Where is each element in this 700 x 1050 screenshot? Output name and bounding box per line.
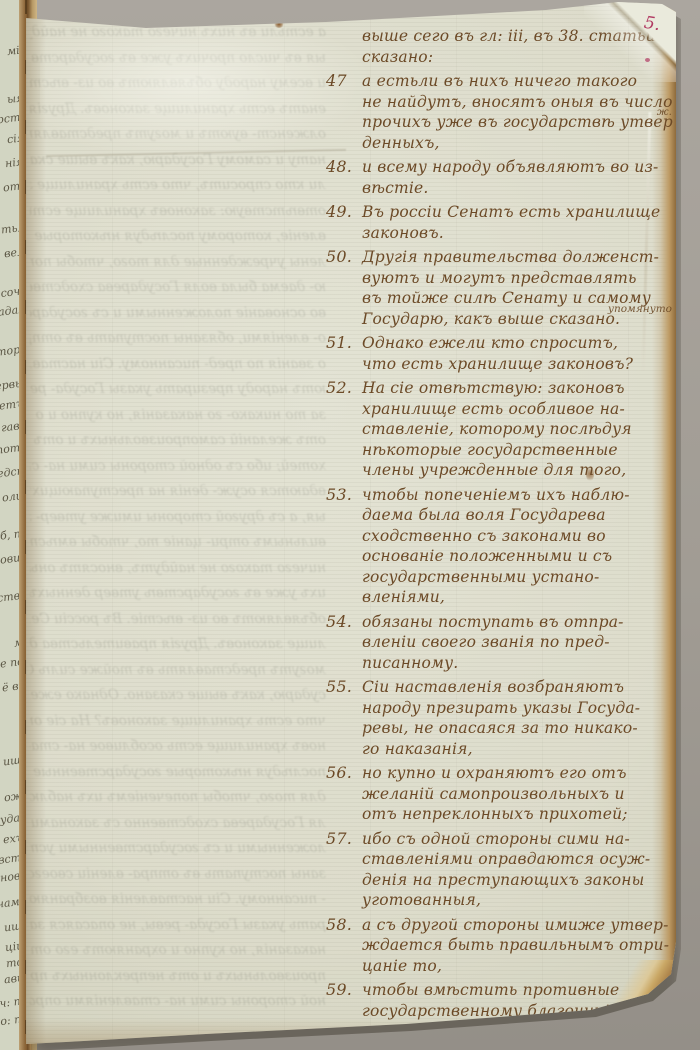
manuscript-line: вленіями,	[362, 587, 674, 608]
article-number: 47	[326, 71, 362, 153]
bleedthrough-line: ыя, а съ другой стороны имиже утвер- жда	[30, 505, 326, 531]
article-lines: На сіе отвѣтствую: законовъхранилище ест…	[362, 378, 674, 481]
manuscript-line: государственными устано-	[362, 567, 674, 588]
article-lines: ибо съ одной стороны сими на-ставленіями…	[362, 829, 674, 911]
bleedthrough-line: для того, чтобы попеченіемъ ихъ наблю-	[30, 785, 326, 811]
article-lines: и всему народу объявляютъ во из-вѣстіе.	[362, 157, 674, 198]
article: 52.На сіе отвѣтствую: законовъхранилище …	[326, 378, 674, 481]
manuscript-line: нѣкоторые государственные	[362, 440, 674, 461]
manuscript-line: отъ непреклонныхъ прихотей;	[362, 804, 674, 825]
article: 47а естьли въ нихъ ничего такогоне найду…	[326, 71, 674, 153]
bleedthrough-line: что есть хранилище законовъ? На сіе отв	[30, 709, 326, 735]
article: 51.Однако ежели кто спроситъ,что есть хр…	[326, 333, 674, 374]
manuscript-line: и всему народу объявляютъ во из-	[362, 157, 674, 178]
article-number: 52.	[326, 378, 362, 481]
bleedthrough-line: вленіе, которому послѣдуя нѣкоторые госу	[30, 224, 326, 250]
bleedthrough-line: хотей; ибо съ одной стороны сими на- ста	[30, 454, 326, 480]
bleedthrough-line: отвѣтствую: законовъ хранилище есть особ	[30, 199, 326, 225]
article-number: 51.	[326, 333, 362, 374]
ink-stain	[274, 20, 284, 28]
article: 56.но купно и охраняютъ его отъжеланій с…	[326, 763, 674, 825]
article-lines: но купно и охраняютъ его отъжеланій само…	[362, 763, 674, 825]
manuscript-line: чтобы попеченіемъ ихъ наблю-	[362, 485, 674, 506]
manuscript-line: не найдутъ, вносятъ оныя въ число	[362, 92, 674, 113]
manuscript-line: Сіи наставленія возбраняютъ	[362, 677, 674, 698]
article-number: 59.	[326, 980, 362, 1021]
bleedthrough-line: сударю, какъ выше сказано. Однако ежели	[30, 683, 326, 709]
manuscript-line: что есть хранилище законовъ?	[362, 354, 674, 375]
article-number: 50.	[326, 247, 362, 329]
bleedthrough-line: новъ хранилище есть особливое на- ставле	[30, 734, 326, 760]
article-lines: чтобы попеченіемъ ихъ наблю-даема была в…	[362, 485, 674, 608]
manuscript-line: члены учрежденные для того,	[362, 460, 674, 481]
manuscript-line: хранилище есть особливое на-	[362, 399, 674, 420]
manuscript-line: Въ россіи Сенатъ есть хранилище	[362, 202, 674, 223]
manuscript-line: ставленіе, которому послѣдуя	[362, 419, 674, 440]
manuscript-line: ревы, не опасаяся за то никако-	[362, 718, 674, 739]
manuscript-line: писанному.	[362, 653, 674, 674]
bleedthrough-line: лены учрежденные для того, чтобы попечен	[30, 250, 326, 276]
article-lines: обязаны поступать въ отпра-вленіи своего…	[362, 612, 674, 674]
articles: 47а естьли въ нихъ ничего такогоне найду…	[326, 71, 674, 1021]
article: 54.обязаны поступать въ отпра-вленіи сво…	[326, 612, 674, 674]
manuscript-line: даема была воля Государева	[362, 505, 674, 526]
paper-light-patch	[40, 20, 370, 160]
manuscript-line: вѣстіе.	[362, 178, 674, 199]
manuscript-line: законовъ.	[362, 223, 674, 244]
manuscript-line: желаній самопроизвольныхъ и	[362, 784, 674, 805]
manuscript-line: ставленіями оправдаются осуж-	[362, 849, 674, 870]
bleedthrough-line: о званія по пред- писанному. Сіи наставл	[30, 352, 326, 378]
manuscript-line: Государю, какъ выше сказано.упомянуто	[362, 309, 674, 330]
bleedthrough-line: - писанному. Сіи наставленія возбраняютъ	[30, 887, 326, 913]
manuscript-line: вленіи своего званія по пред-	[362, 632, 674, 653]
article-number: 54.	[326, 612, 362, 674]
manuscript-line: денія на преступающихъ законы	[362, 870, 674, 891]
article: 55.Сіи наставленія возбраняютънароду пре…	[326, 677, 674, 759]
article: 50.Другія правительства долженст-вуютъ и…	[326, 247, 674, 329]
text-block: выше сего въ гл: iii, въ 38. статьисказа…	[326, 26, 674, 1025]
bleedthrough-line: вдаются осуж- денія на преступающихъ зак	[30, 479, 326, 505]
manuscript-line: обязаны поступать въ отпра-	[362, 612, 674, 633]
bleedthrough-line: послѣдуя нѣкоторые государственные член	[30, 760, 326, 786]
folded-corner	[584, 2, 676, 82]
bleedthrough-line: ю- даема была воля Государева сходственн	[30, 275, 326, 301]
article-number: 57.	[326, 829, 362, 911]
article-lines: Въ россіи Сенатъ есть хранилищезаконовъ.	[362, 202, 674, 243]
manuscript-page: а естьли въ нихъ ничего такого не найдут…	[26, 2, 676, 1048]
interline-insertion: ж.	[657, 102, 672, 123]
article-number: 56.	[326, 763, 362, 825]
article-number: 53.	[326, 485, 362, 608]
bleedthrough-line: объявляютъ во из- вѣстіе. Въ россіи Сена	[30, 607, 326, 633]
article-lines: Другія правительства долженст-вуютъ и мо…	[362, 247, 674, 329]
bleedthrough-line: могутъ представлять въ тойже силѣ Сенат	[30, 658, 326, 684]
folio-number: 5.	[642, 13, 661, 35]
bleedthrough-line: произвольныхъ и отъ непреклонныхъ прихот	[30, 964, 326, 990]
bleedthrough-line: ной стороны сими на- ставленіями оправда	[30, 989, 326, 1015]
interline-insertion: упомянуто	[608, 299, 672, 320]
manuscript-line: На сіе отвѣтствую: законовъ	[362, 378, 674, 399]
manuscript-line: уготованныя,	[362, 890, 674, 911]
bleedthrough-line: отъ желаній самопроизвольныхъ и отъ непр	[30, 428, 326, 454]
bleedthrough-line: ничего такого не найдутъ, вносятъ оныя	[30, 556, 326, 582]
article: 53.чтобы попеченіемъ ихъ наблю-даема был…	[326, 485, 674, 608]
bleedthrough-line: во основаніе положенными и съ государст	[30, 301, 326, 327]
manuscript-line: прочихъ уже въ государствѣ утверж.	[362, 112, 674, 133]
article-number: 55.	[326, 677, 362, 759]
article-number: 58.	[326, 915, 362, 977]
manuscript-line: но купно и охраняютъ его отъ	[362, 763, 674, 784]
manuscript-line: Другія правительства долженст-	[362, 247, 674, 268]
article-lines: Однако ежели кто спроситъ,что есть храни…	[362, 333, 674, 374]
bleedthrough-line: ютъ народу презирать указы Госуда- ревы,	[30, 377, 326, 403]
bleedthrough-line: ля Государева сходственно съ законами во	[30, 811, 326, 837]
manuscript-line: народу презирать указы Госуда-	[362, 698, 674, 719]
bleedthrough-line: лище законовъ. Другія правительства долж	[30, 632, 326, 658]
bleedthrough-line: о- вленіями, обязаны поступать въ отпра-	[30, 326, 326, 352]
article: 57.ибо съ одной стороны сими на-ставлені…	[326, 829, 674, 911]
bleedthrough-line: ложенными и съ государственными устано-	[30, 836, 326, 862]
manuscript-line: го наказанія,	[362, 739, 674, 760]
ink-stain	[192, 16, 206, 26]
bleedthrough-line: за то никако- го наказанія, но купно и о	[30, 403, 326, 429]
article: 49.Въ россіи Сенатъ есть хранилищезаконо…	[326, 202, 674, 243]
manuscript-line: вуютъ и могутъ представлять	[362, 268, 674, 289]
manuscript-line: денныхъ,	[362, 133, 674, 154]
manuscript-scan: мійыя,состосія.нія,отътьмвел.и сочиадамт…	[0, 0, 700, 1050]
manuscript-line: сходственно съ законами во	[362, 526, 674, 547]
bleedthrough-line: ихъ уже въ государствѣ утвер денныхъ, и	[30, 581, 326, 607]
manuscript-line: а съ другой стороны имиже утвер-	[362, 915, 674, 936]
red-ink-speck	[645, 58, 650, 62]
article-lines: а естьли въ нихъ ничего такогоне найдутъ…	[362, 71, 674, 153]
ink-bleedthrough: а естьли въ нихъ ничего такого не найдут…	[30, 20, 326, 1030]
manuscript-line: ждается быть правильнымъ отри-	[362, 935, 674, 956]
manuscript-line: основаніе положенными и съ	[362, 546, 674, 567]
bleedthrough-line: рать указы Госуда- ревы, не опасаяся за	[30, 913, 326, 939]
article: 48.и всему народу объявляютъ во из-вѣсті…	[326, 157, 674, 198]
manuscript-line: Однако ежели кто спроситъ,	[362, 333, 674, 354]
bleedthrough-line: вильнымъ отри- цаніе то, чтобы вмѣстить	[30, 530, 326, 556]
article-number: 49.	[326, 202, 362, 243]
bleedthrough-line: ли кто спроситъ, что есть хранилище зако	[30, 173, 326, 199]
bleedthrough-line: заны поступать въ отпра- вленіи своего з	[30, 862, 326, 888]
article-number: 48.	[326, 157, 362, 198]
bleedthrough-line: наказанія, но купно и охраняютъ его отъ	[30, 938, 326, 964]
article-lines: Сіи наставленія возбраняютънароду презир…	[362, 677, 674, 759]
manuscript-line: ибо съ одной стороны сими на-	[362, 829, 674, 850]
